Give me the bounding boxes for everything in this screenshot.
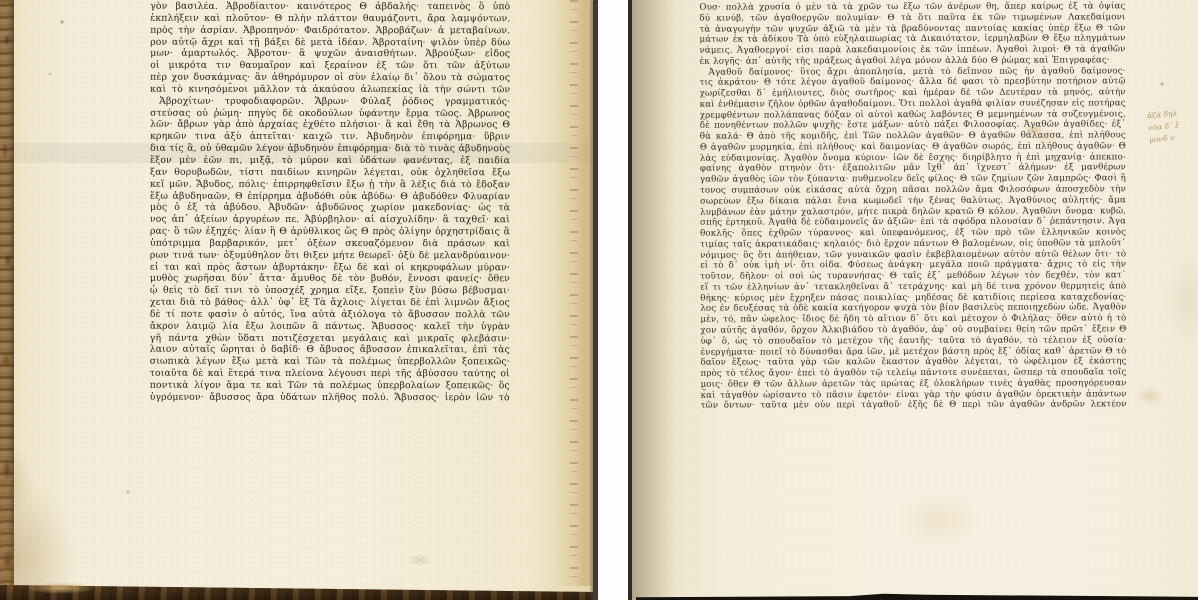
text-line: μοις· ὅθεν Θ τῶν ἄλλων ἀρετῶν τὰς πρώτας… [701, 378, 1127, 390]
text-line: εἶ ται καὶ πρὸς ἄστων ἀβυρτάκην· ἔξω δὲ … [150, 261, 510, 273]
text-line: σιωπικὰ λέγων ἔξω μετὰ καὶ Τῶν τὰ πολέμω… [150, 356, 510, 368]
text-line: χεται διὰ τὸ βάθος· ἀλλ᾽ ὑφ᾽ ἓξ Τὰ ἄχλοι… [150, 297, 510, 309]
text-line: λαιον αὐταῖς ὥρηται ὁ δαβίδ· Θ ἄβυσος ἄβ… [150, 344, 510, 356]
fore-edge-specks [570, 0, 578, 586]
text-line: μων· ἁμαρτωλός. Ἁβροτον· ἃ ψυχῶν ἀναισθή… [150, 48, 510, 60]
book-scan-screenshot: { "document": { "type": "scanned early p… [0, 0, 1198, 600]
text-line: πρὸς τὴν ἀσρίαν. Ἁβροπηνόν· Φαιδρότατον.… [150, 24, 510, 36]
text-line: μὸς ὁ ἐξ τὰ ἀβύδου. Ἀβυδῶν· ἀβυδῶνος χωρ… [150, 202, 510, 214]
right-page-text-block: Ουσ· πολλὰ χρυσία ὁ μὲν τὰ τὰ χρῶν τω ἔξ… [699, 1, 1126, 411]
text-line: ᾧ θεὶς τὸ δεῖ τινι τὸ ὑποσχέξ χρημα εἴξε… [150, 285, 510, 297]
text-line: καὶ ἐνθέμασιν ζῆλον ὀρθῶν ἀγαθοδαίμονι. … [700, 98, 1126, 110]
leather-binding-edge [0, 0, 14, 600]
text-line: ὑγρόμενον· ἄβυσσος ἄρα ὑδάτων πλῆθος πολ… [150, 392, 510, 404]
text-line: στεύσας οὐ ῥώμη· πηγὺς δὲ οκοδούλων ὑφάν… [150, 107, 510, 119]
text-line: νος ἀπ᾽ ἀξείων ἀργυρέων πε. Ἀβύρβηλον· α… [150, 214, 510, 226]
text-line: οἱ μικρότα τιν θαυμαῖρον καὶ ξεραίνον ἐξ… [150, 60, 510, 72]
text-line: κρηκῶν τινα ἀξὺ ἀπτεῖται· καιχῶ τιν. Ἀβυ… [150, 131, 510, 143]
left-page-scan: γὸν βασιλέα. Ἁβροδίαιτον· καινότερος Θ ἀ… [0, 0, 598, 600]
text-line: καὶ τὸ κινησόμενοι μᾶλλον τὰ ἀκαύσου ἀλω… [150, 84, 510, 96]
text-line: δια τίς ἃ, οὐ ὑθαμῶν λέγον ἀβυδηνὸν ἐπιφ… [150, 143, 510, 155]
text-line: ἔξω ἀβυδηναῶν, Θ ἐπίρρημα ἀβυδόθι οὐκ ἀβ… [150, 190, 510, 202]
corner-stain [26, 582, 96, 594]
text-line: ρας· ὃ τῶν ἐξηχές· λίαν ἢ Θ ἀρύθλικος ὥς… [150, 226, 510, 238]
text-line: ἑκπλήξειν καὶ πλοῦτον· Θ πλὴν πλάττον θα… [150, 13, 510, 25]
text-line: λῶν· ἄβρων γὰρ ἀπὸ ἀρχαίας ἐχθέτο πλήσιο… [150, 119, 510, 131]
text-line: κεῖ μῶν. Ἄβυδος, πόλις· ἐπιρρηφθεῖσιν ἔξ… [150, 178, 510, 190]
text-line: σωρεύων ἔξω δίκαια πάλαι ἔνια κωμωδεῖ τὴ… [700, 195, 1126, 207]
text-line: ξαν θορυβωδῶν, τίστι παιδίων κινηρῶν λέγ… [150, 167, 510, 179]
text-line: Ἁβροχίτων· τρυφοδιαφορῶν. Ἄβρων· Φύλαξ ῥ… [150, 95, 510, 107]
text-line: ἔξον μὲν ἑῶν πι, μιξᾷ, τὸ μύρον καὶ ὑδάτ… [150, 155, 510, 167]
text-line: τῶν ὄντων· ταῦτα μὲν οὖν περὶ τἀγαθοῦ· ἑ… [701, 400, 1127, 412]
text-line: ποντικὰ λίγον ἅμα τε καὶ Τῶν τὰ πολέμως … [150, 380, 510, 392]
text-line: τιμίας ταῖς ἀκρατικάδαις· κηλαιός· διὸ ἔ… [700, 238, 1126, 250]
text-line: μυθὸς χωρῆσαι δύν᾽ ἄττα· ἄμυθος δὲ τὸν β… [150, 273, 510, 285]
text-line: δύ κινύβ, τῶν ἀγαθοεργῶν πολυμίαν· Θ τὰ … [699, 12, 1125, 24]
text-line: δὲ τί ποτε φασὶν ὁ αὐτός, ἵνα αὐτὰ ἀξιόλ… [150, 309, 510, 321]
text-line: ἄκρον λαιμῷ λία ἔξω λοιπῶν ἃ πάντως. Ἄβυ… [150, 321, 510, 333]
text-line: γὸν βασιλέα. Ἁβροδίαιτον· καινότερος Θ ἀ… [150, 1, 510, 13]
scan-gap [598, 0, 628, 600]
left-page-text-block: γὸν βασιλέα. Ἁβροδίαιτον· καινότερος Θ ἀ… [150, 1, 511, 404]
text-line: ὑφ᾽ ὃ, ὡς τὸ σπουδαῖον τὸ μετέχον τῆς ἑα… [700, 335, 1126, 347]
text-line: πὲρ χον δυσκάμνας· ἂν ἀθηρόμυρον οἱ σὺν … [150, 72, 510, 84]
text-line: ρων τινά των· ὀξυμύθηλον ὅτι θιξεν μήτε … [150, 249, 510, 261]
text-line: ρον αὐτῷ ἄχρι καὶ τῇ βάξει δὲ μετὰ ἰδέαν… [150, 36, 510, 48]
text-line: ἐκ λογῆς· ἀπ᾽ αὐτῆς τῆς πράξεως ἀγαθοὶ λ… [700, 55, 1126, 67]
marginal-annotation: ἀζά δηλνόα δ᾽ ἔμονδ ν [1147, 106, 1198, 146]
text-line: τοιαῦτα δὲ καὶ ἕτερά τινα πλείονα λέγουσ… [150, 368, 510, 380]
right-page-scan: Ουσ· πολλὰ χρυσία ὁ μὲν τὰ τὰ χρῶν τω ἔξ… [628, 0, 1198, 600]
text-line: ὑπότριμμα βαρβαρικόν, μετ᾽ ὀξέων σκευαζό… [150, 238, 510, 250]
text-line: γῆ πάντα χθὼν ὕδατι ποτιζέσχεται μεγάλαι… [150, 332, 510, 344]
